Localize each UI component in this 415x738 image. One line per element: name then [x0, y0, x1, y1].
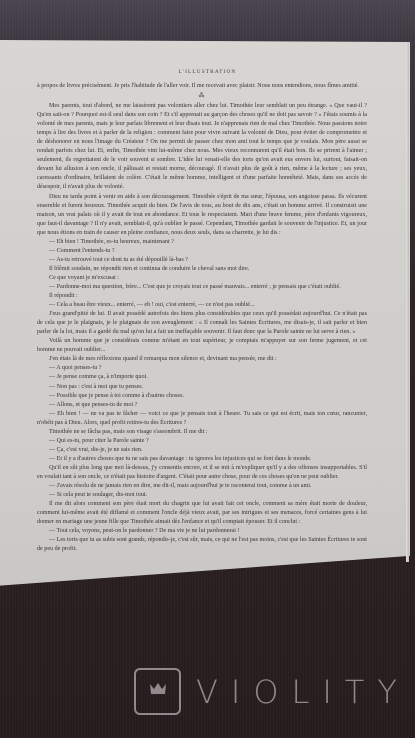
- watermark-logo: VIOLITY: [134, 668, 410, 715]
- crown-icon: [149, 682, 167, 701]
- dialogue-line: — Possible que je pense à toi comme à d'…: [37, 392, 367, 401]
- logo-badge: [134, 668, 181, 715]
- dialogue-line: — As-tu retrouvé tout ce dont tu as été …: [37, 256, 367, 265]
- dialogue-line: — A quoi penses-tu ?: [37, 364, 367, 373]
- dialogue-line: — Non pas : c'est à moi que tu penses.: [37, 383, 367, 392]
- paragraph: Il répondit :: [37, 292, 367, 301]
- section-ornament: ⁂: [37, 91, 367, 101]
- paragraph: Voilà un homme que je considérais comme …: [37, 337, 367, 355]
- dialogue-line: — Qui es-tu, pour citer la Parole sainte…: [37, 437, 367, 446]
- dialogue-line: — Les torts que tu as subis sont grands,…: [37, 536, 367, 554]
- dialogue-line: — J'avais résolu de ne jamais rien en di…: [37, 482, 367, 491]
- dialogue-line: — Pardonne-moi ma question, frère... C'e…: [37, 283, 367, 292]
- dialogue-line: — Je pense comme ça, à n'importe quoi.: [37, 373, 367, 382]
- paragraph: J'eus grand'pitié de lui. Il avait possé…: [37, 310, 367, 337]
- paragraph: Qu'il en sût plus long que moi là-dessus…: [37, 464, 367, 482]
- dialogue-line: — Allons, et que penses-tu de moi ?: [37, 401, 367, 410]
- dialogue-line: — Tout cela, voyons, peut-on le pardonne…: [37, 527, 367, 536]
- next-page-edge: [406, 42, 409, 562]
- paragraph: à propos de livres précisément. Je pris …: [37, 82, 367, 91]
- dialogue-line: — Ça, c'est vrai, dis-je, je ne sais rie…: [37, 446, 367, 455]
- dialogue-line: — Cela a beau être vieux... enterré, — e…: [37, 301, 367, 310]
- dialogue-line: — Comment l'entends-tu ?: [37, 247, 367, 256]
- paragraph: Timothée ne se fâcha pas, mais son visag…: [37, 428, 367, 437]
- paragraph: Il me dit alors comment son père était m…: [37, 500, 367, 527]
- dialogue-line: — Et il y a d'autres choses que tu ne sa…: [37, 455, 367, 464]
- paragraph: Dieu ne tarda point à venir en aide à so…: [37, 193, 367, 238]
- dialogue-line: — Eh bien ! Timothée, es-tu heureux, mai…: [37, 238, 367, 247]
- dialogue-line: — Si cela peut te soulager, dis-moi tout…: [37, 491, 367, 500]
- paragraph: Ce que voyant je m'excusai :: [37, 274, 367, 283]
- page-text: à propos de livres précisément. Je pris …: [37, 82, 367, 554]
- running-head: L'ILLUSTRATION: [0, 69, 415, 75]
- dialogue-line: — Eh bien ! — ne va pas te fâcher — voic…: [37, 410, 367, 428]
- paragraph: Mes parents, tout d'abord, ne me laissèr…: [37, 102, 367, 192]
- paragraph: J'en étais là de mes réflexions quand il…: [37, 355, 367, 364]
- brand-wordmark: VIOLITY: [196, 673, 410, 711]
- paragraph: Il blêmit soudain, ne répondit rien et c…: [37, 265, 367, 274]
